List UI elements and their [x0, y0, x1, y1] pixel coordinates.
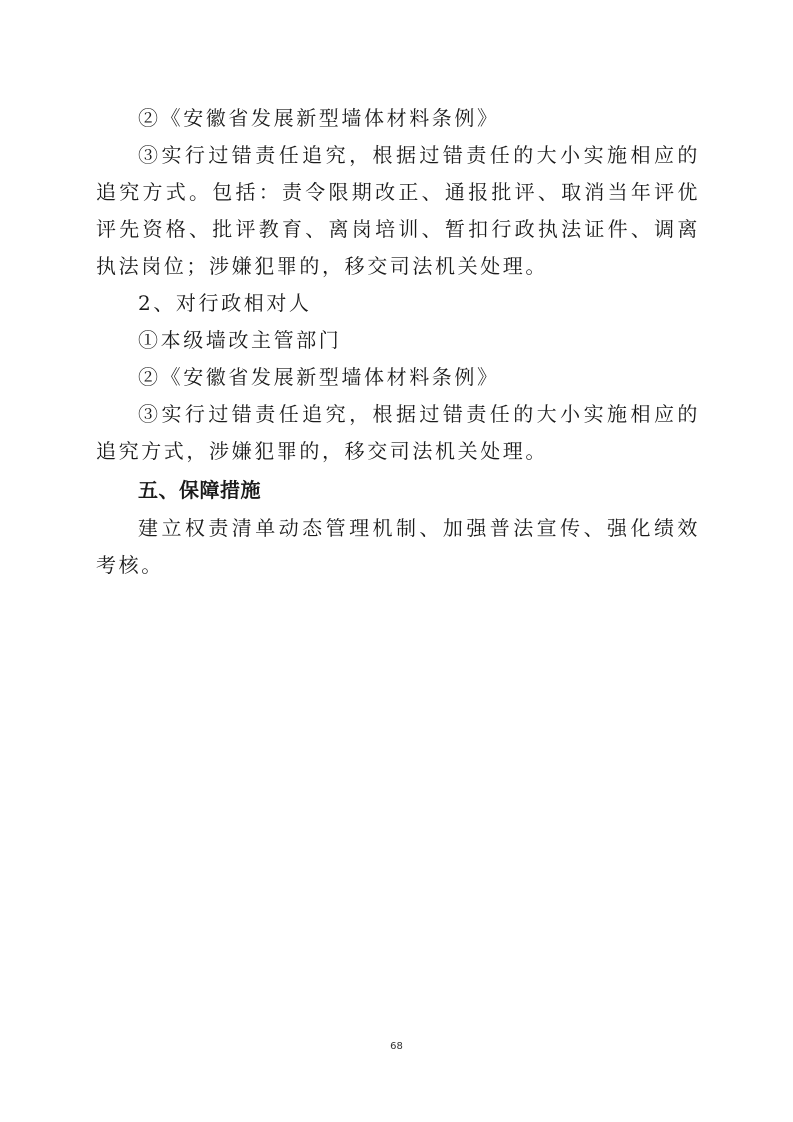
section-heading-safeguards: 五、保障措施: [96, 470, 700, 510]
paragraph-regulation-reference-2: ②《安徽省发展新型墙体材料条例》: [96, 359, 700, 396]
paragraph-safeguards-body: 建立权责清单动态管理机制、加强普法宣传、强化绩效考核。: [96, 510, 700, 584]
paragraph-accountability-officials: ③实行过错责任追究，根据过错责任的大小实施相应的追究方式。包括：责令限期改正、通…: [96, 137, 700, 285]
document-page: ②《安徽省发展新型墙体材料条例》 ③实行过错责任追究，根据过错责任的大小实施相应…: [0, 0, 793, 1122]
page-number: 68: [0, 1041, 793, 1052]
paragraph-accountability-counterpart: ③实行过错责任追究，根据过错责任的大小实施相应的追究方式，涉嫌犯罪的，移交司法机…: [96, 396, 700, 470]
subheading-administrative-counterpart: 2、对行政相对人: [96, 285, 700, 322]
paragraph-competent-department: ①本级墙改主管部门: [96, 322, 700, 359]
page-content: ②《安徽省发展新型墙体材料条例》 ③实行过错责任追究，根据过错责任的大小实施相应…: [96, 100, 700, 584]
paragraph-regulation-reference: ②《安徽省发展新型墙体材料条例》: [96, 100, 700, 137]
